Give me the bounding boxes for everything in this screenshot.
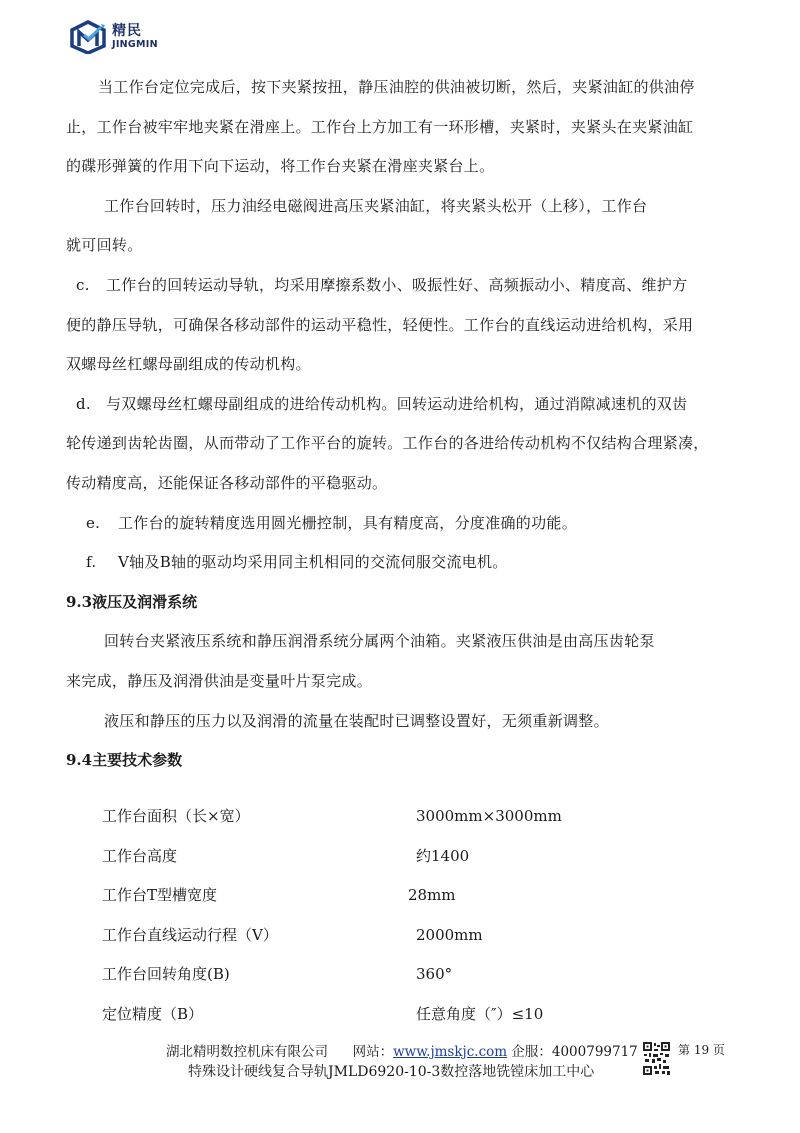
param-name: 工作台直线运动行程（V） [102, 916, 278, 956]
text-line: V轴及B轴的驱动均采用同主机相同的交流伺服交流电机。 [118, 553, 508, 571]
text-line: 便的静压导轨，可确保各移动部件的运动平稳性，轻便性。工作台的直线运动进给机构，采… [66, 306, 746, 346]
text-line: 当工作台定位完成后，按下夹紧按扭，静压油腔的供油被切断，然后，夹紧油缸的供油停 [66, 68, 746, 108]
section-heading-9-4: 9.4主要技术参数 [66, 741, 746, 781]
list-item-d: d.与双螺母丝杠螺母副组成的进给传动机构。回转运动进给机构，通过消隙减速机的双齿… [66, 385, 746, 504]
text-line: 的碟形弹簧的作用下向下运动，将工作台夹紧在滑座夹紧台上。 [66, 147, 746, 187]
param-name: 定位精度（B） [102, 995, 203, 1035]
list-item-label: d. [66, 385, 106, 425]
product-title: 特殊设计硬线复合导轨JMLD6920-10-3数控落地铣镗床加工中心 [188, 1061, 594, 1081]
document-body: 当工作台定位完成后，按下夹紧按扭，静压油腔的供油被切断，然后，夹紧油缸的供油停 … [66, 68, 746, 781]
list-item-c: c.工作台的回转运动导轨，均采用摩擦系数小、吸振性好、高频振动小、精度高、维护方… [66, 266, 746, 385]
jingmin-logo-icon [68, 20, 108, 54]
website-label: 网站： [353, 1044, 394, 1060]
text-line: 双螺母丝杠螺母副组成的传动机构。 [66, 345, 746, 385]
text-line: 来完成，静压及润滑供油是变量叶片泵完成。 [66, 662, 746, 702]
footer-contact-line: 湖北精明数控机床有限公司 网站：www.jmskjc.com 企服：400079… [166, 1040, 638, 1060]
paragraph-rotation: 工作台回转时，压力油经电磁阀进高压夹紧油缸，将夹紧头松开（上移），工作台 就可回… [66, 187, 746, 266]
param-name: 工作台T型槽宽度 [102, 876, 217, 916]
website-link[interactable]: www.jmskjc.com [393, 1044, 507, 1060]
param-row: 工作台T型槽宽度 28mm [102, 876, 622, 916]
page-number: 第 19 页 [678, 1041, 725, 1058]
text-line: 止，工作台被牢牢地夹紧在滑座上。工作台上方加工有一环形槽，夹紧时，夹紧头在夹紧油… [66, 108, 746, 148]
paragraph-pressure: 液压和静压的压力以及润滑的流量在装配时已调整设置好，无须重新调整。 [66, 702, 746, 742]
text-line: 与双螺母丝杠螺母副组成的进给传动机构。回转运动进给机构，通过消隙减速机的双齿 [106, 395, 687, 413]
service-phone: 4000799717 [552, 1044, 638, 1060]
param-name: 工作台面积（长×宽） [102, 797, 250, 837]
param-value: 360° [416, 955, 452, 995]
param-name: 工作台高度 [102, 837, 177, 877]
text-line: 传动精度高，还能保证各移动部件的平稳驱动。 [66, 464, 746, 504]
text-line: 回转台夹紧液压系统和静压润滑系统分属两个油箱。夹紧液压供油是由高压齿轮泵 [66, 622, 746, 662]
list-item-label: e. [66, 504, 118, 544]
qr-code-icon [643, 1042, 670, 1075]
param-value: 任意角度（″）≤10 [416, 995, 543, 1035]
logo-name-cn: 精民 [112, 24, 158, 38]
param-row: 工作台高度 约1400 [102, 837, 622, 877]
param-value: 约1400 [416, 837, 469, 877]
text-line: 工作台的回转运动导轨，均采用摩擦系数小、吸振性好、高频振动小、精度高、维护方 [106, 276, 687, 294]
list-item-f: f.V轴及B轴的驱动均采用同主机相同的交流伺服交流电机。 [66, 543, 746, 583]
param-value: 3000mm×3000mm [416, 797, 562, 837]
text-line: 轮传递到齿轮齿圈，从而带动了工作平台的旋转。工作台的各进给传动机构不仅结构合理紧… [66, 424, 746, 464]
company-logo: 精民 JINGMIN [68, 20, 158, 54]
tech-params-table: 工作台面积（长×宽） 3000mm×3000mm 工作台高度 约1400 工作台… [102, 797, 622, 1035]
paragraph-hydraulic: 回转台夹紧液压系统和静压润滑系统分属两个油箱。夹紧液压供油是由高压齿轮泵 来完成… [66, 622, 746, 701]
list-item-label: f. [66, 543, 118, 583]
param-row: 工作台回转角度(B) 360° [102, 955, 622, 995]
paragraph-clamping: 当工作台定位完成后，按下夹紧按扭，静压油腔的供油被切断，然后，夹紧油缸的供油停 … [66, 68, 746, 187]
service-label: 企服： [511, 1044, 552, 1060]
list-item-label: c. [66, 266, 106, 306]
param-row: 定位精度（B） 任意角度（″）≤10 [102, 995, 622, 1035]
text-line: 工作台的旋转精度选用圆光栅控制，具有精度高，分度准确的功能。 [118, 514, 577, 532]
text-line: 就可回转。 [66, 226, 746, 266]
param-value: 28mm [408, 876, 456, 916]
text-line: 工作台回转时，压力油经电磁阀进高压夹紧油缸，将夹紧头松开（上移），工作台 [66, 187, 746, 227]
param-value: 2000mm [416, 916, 483, 956]
param-row: 工作台面积（长×宽） 3000mm×3000mm [102, 797, 622, 837]
company-name: 湖北精明数控机床有限公司 [166, 1044, 328, 1060]
list-item-e: e.工作台的旋转精度选用圆光栅控制，具有精度高，分度准确的功能。 [66, 504, 746, 544]
param-row: 工作台直线运动行程（V） 2000mm [102, 916, 622, 956]
logo-name-en: JINGMIN [112, 40, 158, 50]
param-name: 工作台回转角度(B) [102, 955, 230, 995]
section-heading-9-3: 9.3液压及润滑系统 [66, 583, 746, 623]
text-line: 液压和静压的压力以及润滑的流量在装配时已调整设置好，无须重新调整。 [66, 702, 746, 742]
